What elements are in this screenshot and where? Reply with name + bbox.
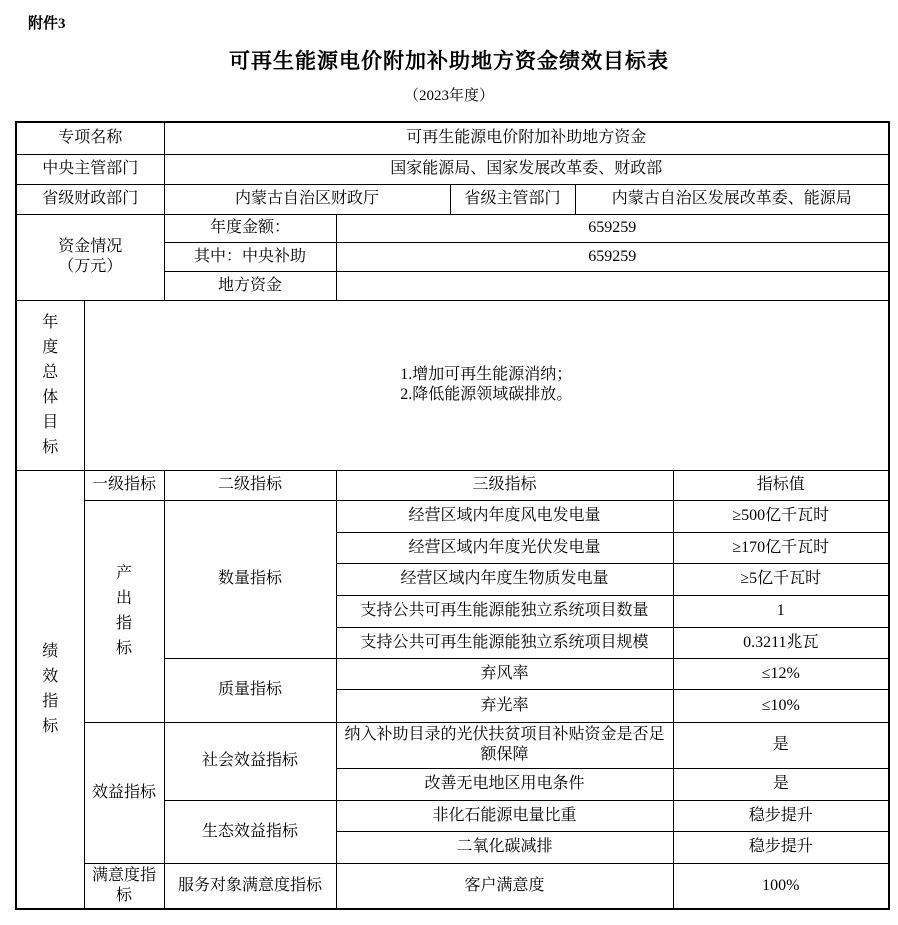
indicators-label-cell: 绩效指标	[16, 470, 84, 909]
indicator-value: 稳步提升	[673, 831, 889, 863]
level3-indicator: 支持公共可再生能源能独立系统项目数量	[336, 595, 673, 627]
table-row: 专项名称 可再生能源电价附加补助地方资金	[16, 122, 889, 154]
indicator-value: 是	[673, 768, 889, 800]
level2-social: 社会效益指标	[164, 722, 336, 800]
level2-service-satisfaction: 服务对象满意度指标	[164, 863, 336, 909]
indicator-value: ≥500亿千瓦时	[673, 500, 889, 532]
level3-indicator: 弃光率	[336, 689, 673, 722]
funding-local-value	[336, 271, 889, 300]
indicator-value: ≤12%	[673, 658, 889, 689]
page-subtitle: （2023年度）	[0, 84, 898, 105]
level1-output-label: 产出指标	[115, 561, 133, 661]
page-title: 可再生能源电价附加补助地方资金绩效目标表	[0, 45, 898, 75]
indicator-value: 是	[673, 722, 889, 768]
funding-label: 资金情况 （万元）	[16, 214, 164, 300]
funding-annual-value: 659259	[336, 214, 889, 242]
header-value: 指标值	[673, 470, 889, 500]
level3-indicator: 经营区域内年度风电发电量	[336, 500, 673, 532]
funding-annual-label: 年度金额：	[164, 214, 336, 242]
level3-indicator: 支持公共可再生能源能独立系统项目规模	[336, 627, 673, 658]
level3-indicator: 客户满意度	[336, 863, 673, 909]
table-row: 效益指标 社会效益指标 纳入补助目录的光伏扶贫项目补贴资金是否足额保障 是	[16, 722, 889, 768]
level3-indicator: 纳入补助目录的光伏扶贫项目补贴资金是否足额保障	[336, 722, 673, 768]
annual-goal-content: 1.增加可再生能源消纳； 2.降低能源领域碳排放。	[84, 300, 889, 470]
header-level2: 二级指标	[164, 470, 336, 500]
level3-indicator: 改善无电地区用电条件	[336, 768, 673, 800]
table-row: 产出指标 数量指标 经营区域内年度风电发电量 ≥500亿千瓦时	[16, 500, 889, 532]
level2-ecology: 生态效益指标	[164, 800, 336, 863]
annual-goal-line: 2.降低能源领域碳排放。	[89, 385, 885, 405]
project-name-value: 可再生能源电价附加补助地方资金	[164, 122, 889, 154]
funding-local-label: 地方资金	[164, 271, 336, 300]
indicator-value: ≥5亿千瓦时	[673, 563, 889, 595]
indicator-value: ≥170亿千瓦时	[673, 532, 889, 563]
table-row: 满意度指标 服务对象满意度指标 客户满意度 100%	[16, 863, 889, 909]
prov-finance-label: 省级财政部门	[16, 184, 164, 214]
header-level1: 一级指标	[84, 470, 164, 500]
prov-dept-label: 省级主管部门	[450, 184, 575, 214]
central-dept-label: 中央主管部门	[16, 154, 164, 184]
table-row: 中央主管部门 国家能源局、国家发展改革委、财政部	[16, 154, 889, 184]
funding-central-label: 其中：中央补助	[164, 242, 336, 271]
prov-dept-value: 内蒙古自治区发展改革委、能源局	[575, 184, 889, 214]
central-dept-value: 国家能源局、国家发展改革委、财政部	[164, 154, 889, 184]
funding-label-unit: （万元）	[21, 257, 160, 277]
level3-indicator: 经营区域内年度生物质发电量	[336, 563, 673, 595]
level3-indicator: 二氧化碳减排	[336, 831, 673, 863]
level2-quality: 质量指标	[164, 658, 336, 722]
table-row: 绩效指标 一级指标 二级指标 三级指标 指标值	[16, 470, 889, 500]
level3-indicator: 弃风率	[336, 658, 673, 689]
indicator-value: ≤10%	[673, 689, 889, 722]
table-row: 资金情况 （万元） 年度金额： 659259	[16, 214, 889, 242]
project-name-label: 专项名称	[16, 122, 164, 154]
level1-satisfaction: 满意度指标	[84, 863, 164, 909]
level2-quantity: 数量指标	[164, 500, 336, 658]
annual-goal-label-cell: 年度总体目标	[16, 300, 84, 470]
indicator-value: 0.3211兆瓦	[673, 627, 889, 658]
performance-target-table: 专项名称 可再生能源电价附加补助地方资金 中央主管部门 国家能源局、国家发展改革…	[15, 121, 890, 910]
level3-indicator: 经营区域内年度光伏发电量	[336, 532, 673, 563]
table-row: 年度总体目标 1.增加可再生能源消纳； 2.降低能源领域碳排放。	[16, 300, 889, 470]
indicator-value: 100%	[673, 863, 889, 909]
header-level3: 三级指标	[336, 470, 673, 500]
level3-indicator: 非化石能源电量比重	[336, 800, 673, 831]
indicator-value: 1	[673, 595, 889, 627]
indicators-label: 绩效指标	[41, 639, 59, 739]
prov-finance-value: 内蒙古自治区财政厅	[164, 184, 450, 214]
level1-output-cell: 产出指标	[84, 500, 164, 722]
level1-benefit: 效益指标	[84, 722, 164, 863]
annual-goal-line: 1.增加可再生能源消纳；	[89, 365, 885, 385]
annual-goal-label: 年度总体目标	[41, 310, 59, 460]
funding-label-text: 资金情况	[21, 237, 160, 257]
attachment-label: 附件3	[0, 0, 898, 30]
funding-central-value: 659259	[336, 242, 889, 271]
table-row: 省级财政部门 内蒙古自治区财政厅 省级主管部门 内蒙古自治区发展改革委、能源局	[16, 184, 889, 214]
indicator-value: 稳步提升	[673, 800, 889, 831]
